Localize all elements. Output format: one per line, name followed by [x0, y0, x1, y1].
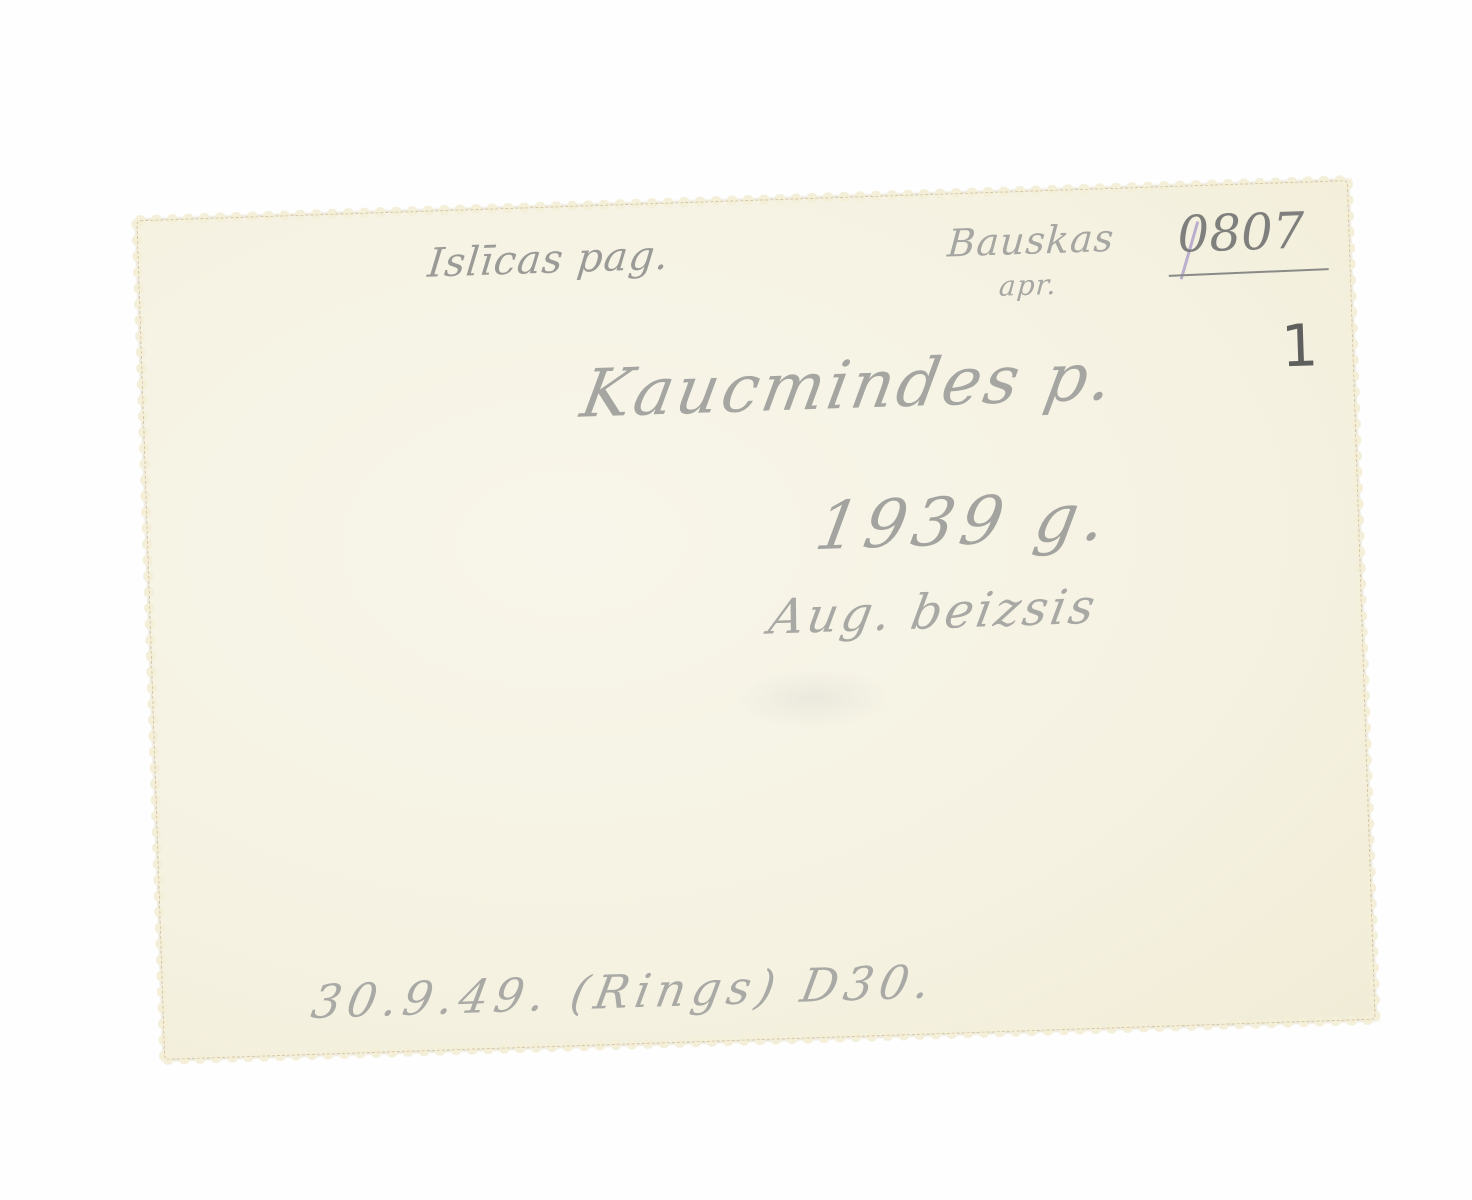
scan-background: Islīcas pag. Bauskas apr. 0807 1 Kaucmin…: [0, 0, 1472, 1200]
photo-card-back: Islīcas pag. Bauskas apr. 0807 1 Kaucmin…: [136, 180, 1375, 1060]
inventory-number: 0807: [1176, 202, 1305, 264]
item-number: 1: [1280, 311, 1320, 380]
district-abbr-note: apr.: [998, 268, 1058, 303]
district-note: Bauskas: [946, 216, 1116, 266]
parish-note: Islīcas pag.: [426, 233, 672, 287]
year-note: 1939 g.: [810, 478, 1118, 565]
photographer-note: Aug. beizsis: [765, 579, 1102, 646]
paper-surface: [136, 180, 1375, 1060]
